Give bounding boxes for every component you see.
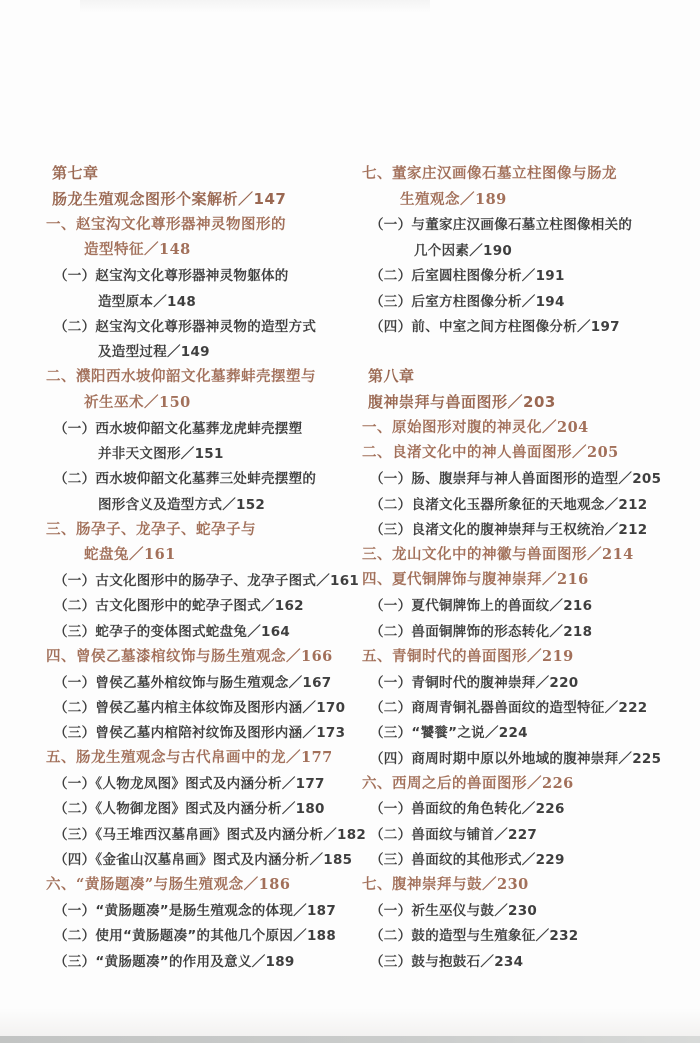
toc-item-continuation: 几个因素／190	[362, 236, 674, 261]
toc-item: （二）使用“黄肠题凑”的其他几个原因／188	[46, 922, 358, 947]
toc-item: （一）“黄肠题凑”是肠生殖观念的体现／187	[46, 896, 358, 921]
toc-section-heading: 二、濮阳西水坡仰韶文化墓葬蚌壳摆塑与	[46, 363, 358, 388]
toc-section-heading: 三、龙山文化中的神徽与兽面图形／214	[362, 541, 674, 566]
toc-item: （三）鼓与抱鼓石／234	[362, 947, 674, 972]
toc-section-heading: 五、肠龙生殖观念与古代帛画中的龙／177	[46, 744, 358, 769]
toc-item: （三）曾侯乙墓内棺陪衬纹饰及图形内涵／173	[46, 719, 358, 744]
toc-item: （一）肠、腹崇拜与神人兽面图形的造型／205	[362, 465, 674, 490]
toc-column-right: 七、董家庄汉画像石墓立柱图像与肠龙生殖观念／189（一）与董家庄汉画像石墓立柱图…	[362, 160, 674, 973]
toc-item: （三）“饕餮”之说／224	[362, 719, 674, 744]
toc-section-heading: 四、曾侯乙墓漆棺纹饰与肠生殖观念／166	[46, 642, 358, 667]
toc-section-heading: 六、“黄肠题凑”与肠生殖观念／186	[46, 871, 358, 896]
book-toc-page: 第七章肠龙生殖观念图形个案解析／147一、赵宝沟文化尊形器神灵物图形的造型特征／…	[0, 0, 700, 1043]
toc-section-heading: 七、腹神崇拜与鼓／230	[362, 871, 674, 896]
toc-column-left: 第七章肠龙生殖观念图形个案解析／147一、赵宝沟文化尊形器神灵物图形的造型特征／…	[46, 160, 358, 973]
toc-item: （三）后室方柱图像分析／194	[362, 287, 674, 312]
toc-section-heading: 七、董家庄汉画像石墓立柱图像与肠龙	[362, 160, 674, 185]
toc-section-heading-continuation: 生殖观念／189	[362, 185, 674, 210]
toc-section-heading-continuation: 蛇盘兔／161	[46, 541, 358, 566]
toc-item: （四）前、中室之间方柱图像分析／197	[362, 312, 674, 337]
toc-item: （一）兽面纹的角色转化／226	[362, 795, 674, 820]
toc-item: （一）曾侯乙墓外棺纹饰与肠生殖观念／167	[46, 668, 358, 693]
toc-chapter-heading: 腹神崇拜与兽面图形／203	[362, 389, 674, 414]
toc-item-continuation: 图形含义及造型方式／152	[46, 490, 358, 515]
toc-item: （三）“黄肠题凑”的作用及意义／189	[46, 947, 358, 972]
toc-item: （二）后室圆柱图像分析／191	[362, 262, 674, 287]
toc-item: （一）青铜时代的腹神崇拜／220	[362, 668, 674, 693]
toc-item: （一）西水坡仰韶文化墓葬龙虎蚌壳摆塑	[46, 414, 358, 439]
toc-item-continuation: 造型原本／148	[46, 287, 358, 312]
toc-item: （四）《金雀山汉墓帛画》图式及内涵分析／185	[46, 846, 358, 871]
toc-item: （三）良渚文化的腹神崇拜与王权统治／212	[362, 515, 674, 540]
toc-item-continuation: 及造型过程／149	[46, 338, 358, 363]
toc-section-heading: 一、赵宝沟文化尊形器神灵物图形的	[46, 211, 358, 236]
toc-item: （四）商周时期中原以外地域的腹神崇拜／225	[362, 744, 674, 769]
toc-section-heading: 三、肠孕子、龙孕子、蛇孕子与	[46, 515, 358, 540]
toc-item: （二）兽面铜牌饰的形态转化／218	[362, 617, 674, 642]
toc-item: （二）赵宝沟文化尊形器神灵物的造型方式	[46, 312, 358, 337]
toc-item: （二）商周青铜礼器兽面纹的造型特征／222	[362, 693, 674, 718]
toc-chapter-heading: 第七章	[46, 160, 358, 185]
toc-section-heading: 二、良渚文化中的神人兽面图形／205	[362, 439, 674, 464]
toc-item: （三）蛇孕子的变体图式蛇盘兔／164	[46, 617, 358, 642]
toc-section-heading: 一、原始图形对腹的神灵化／204	[362, 414, 674, 439]
toc-item: （二）西水坡仰韶文化墓葬三处蚌壳摆塑的	[46, 465, 358, 490]
toc-item: （一）古文化图形中的肠孕子、龙孕子图式／161	[46, 566, 358, 591]
toc-item-continuation: 并非天文图形／151	[46, 439, 358, 464]
toc-item: （三）兽面纹的其他形式／229	[362, 846, 674, 871]
toc-item: （二）古文化图形中的蛇孕子图式／162	[46, 592, 358, 617]
toc-item: （三）《马王堆西汉墓帛画》图式及内涵分析／182	[46, 820, 358, 845]
toc-item: （一）祈生巫仪与鼓／230	[362, 896, 674, 921]
toc-item: （二）曾侯乙墓内棺主体纹饰及图形内涵／170	[46, 693, 358, 718]
toc-chapter-heading: 肠龙生殖观念图形个案解析／147	[46, 185, 358, 210]
toc-item: （二）兽面纹与铺首／227	[362, 820, 674, 845]
toc-item: （二）《人物御龙图》图式及内涵分析／180	[46, 795, 358, 820]
scan-edge-bottom	[0, 1036, 700, 1043]
scan-artifact-top	[80, 0, 430, 13]
toc-item: （一）夏代铜牌饰上的兽面纹／216	[362, 592, 674, 617]
toc-section-heading-continuation: 造型特征／148	[46, 236, 358, 261]
toc-item: （二）良渚文化玉器所象征的天地观念／212	[362, 490, 674, 515]
toc-item: （一）与董家庄汉画像石墓立柱图像相关的	[362, 211, 674, 236]
toc-section-heading: 四、夏代铜牌饰与腹神崇拜／216	[362, 566, 674, 591]
toc-blank-line	[362, 338, 674, 363]
scan-shadow-bottom	[0, 1008, 700, 1036]
toc-section-heading: 五、青铜时代的兽面图形／219	[362, 642, 674, 667]
toc-section-heading-continuation: 祈生巫术／150	[46, 389, 358, 414]
toc-section-heading: 六、西周之后的兽面图形／226	[362, 769, 674, 794]
toc-item: （二）鼓的造型与生殖象征／232	[362, 922, 674, 947]
toc-item: （一）《人物龙凤图》图式及内涵分析／177	[46, 769, 358, 794]
toc-item: （一）赵宝沟文化尊形器神灵物躯体的	[46, 262, 358, 287]
toc-chapter-heading: 第八章	[362, 363, 674, 388]
